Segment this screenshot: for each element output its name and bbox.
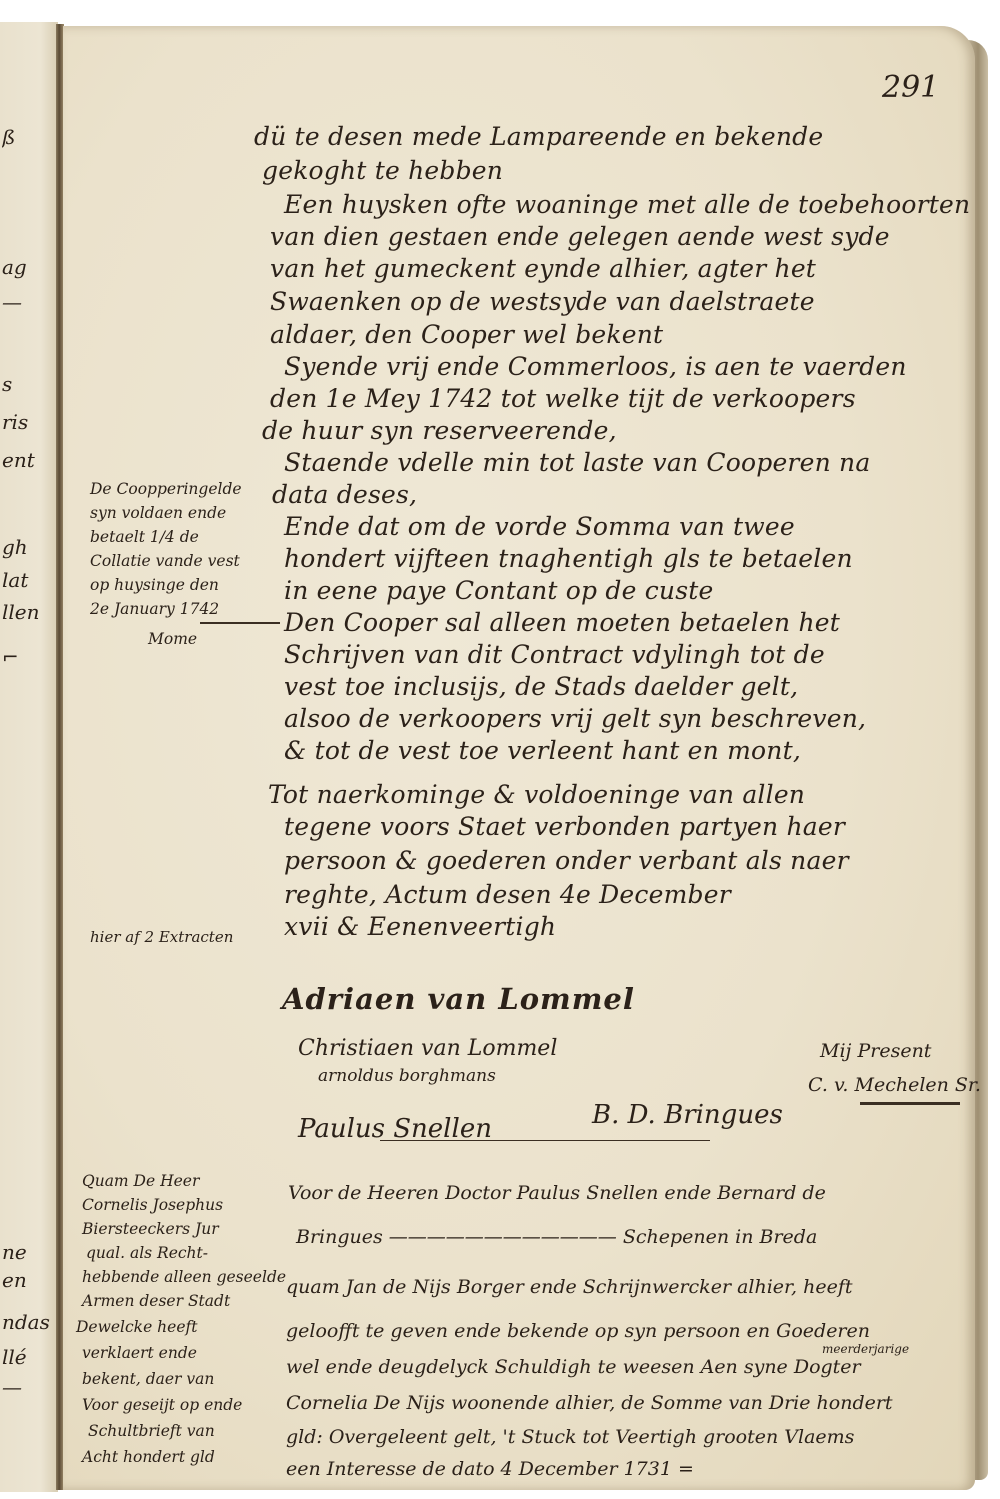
signature-adriaen-van-lommel: Adriaen van Lommel [282,982,635,1016]
left-fragment: — [2,1375,56,1399]
text-line: gld: Overgeleent gelt, 't Stuck tot Veer… [286,1426,854,1448]
signature-arnoldus-borghmans: arnoldus borghmans [318,1066,496,1086]
left-fragment: en [2,1268,56,1292]
left-page-text-fragments: ß ag — s ris ent gh lat llen ⌐ ne en nda… [0,0,56,1499]
text-line: persoon & goederen onder verbant als nae… [284,846,849,875]
left-fragment: llé [2,1345,56,1369]
text-line: geloofft te geven ende bekende op syn pe… [286,1320,870,1342]
underline-rule [200,622,280,624]
text-line: Swaenken op de westsyde van daelstraete [270,287,815,316]
margin-line: qual. als Recht- [86,1244,208,1262]
margin-line: verklaert ende [82,1344,197,1362]
text-line: reghte, Actum desen 4e December [284,880,731,909]
text-line: dü te desen mede Lampareende en bekende [254,122,823,151]
page-number: 291 [882,70,939,105]
left-fragment: ß [2,125,56,149]
text-line: Den Cooper sal alleen moeten betaelen he… [284,608,840,637]
signature-witness-mechelen: C. v. Mechelen Sr. [808,1074,981,1096]
margin-line: Acht hondert gld [82,1448,215,1466]
signature-christiaen-van-lommel: Christiaen van Lommel [298,1036,557,1061]
signature-bringues: B. D. Bringues [592,1100,783,1130]
text-line: wel ende deugdelyck Schuldigh te weesen … [286,1356,861,1378]
text-line: quam Jan de Nijs Borger ende Schrijnwerc… [286,1276,853,1298]
margin-line: betaelt 1/4 de [90,528,199,546]
margin-line: Voor geseijt op ende [82,1396,242,1414]
text-line: Bringues ———————————— Schepenen in Breda [296,1226,817,1248]
text-line: den 1e Mey 1742 tot welke tijt de verkoo… [270,384,856,413]
text-line: Ende dat om de vorde Somma van twee [284,512,795,541]
text-line: Voor de Heeren Doctor Paulus Snellen end… [288,1182,826,1204]
margin-line: syn voldaen ende [90,504,226,522]
left-fragment: ndas [2,1310,56,1334]
margin-line: Armen deser Stadt [82,1292,230,1310]
margin-line: Schultbrieft van [88,1422,215,1440]
text-line: van het gumeckent eynde alhier, agter he… [270,254,816,283]
margin-line: bekent, daer van [82,1370,214,1388]
text-line: van dien gestaen ende gelegen aende west… [270,222,890,251]
margin-line: Cornelis Josephus [82,1196,223,1214]
left-fragment: s [2,372,56,396]
text-line: een Interesse de dato 4 December 1731 = [286,1458,694,1480]
text-line: tegene voors Staet verbonden partyen hae… [284,812,845,841]
margin-line: De Coopperingelde [90,480,242,498]
text-line: Syende vrij ende Commerloos, is aen te v… [284,352,907,381]
margin-line: Dewelcke heeft [76,1318,197,1336]
text-line: alsoo de verkoopers vrij gelt syn beschr… [284,704,866,733]
text-line: data deses, [272,480,417,509]
text-line: gekoght te hebben [262,156,503,185]
text-line: Staende vdelle min tot laste van Coopere… [284,448,870,477]
text-line: & tot de vest toe verleent hant en mont, [284,736,801,765]
signature-flourish [380,1140,710,1141]
margin-line: Biersteeckers Jur [82,1220,219,1238]
text-line: vest toe inclusijs, de Stads daelder gel… [284,672,798,701]
margin-line: hebbende alleen geseelde [82,1268,286,1286]
text-line: xvii & Eenenveertigh [284,912,556,941]
left-fragment: ag [2,255,56,279]
margin-line: Collatie vande vest [90,552,240,570]
left-fragment: — [2,290,56,314]
signature-flourish [860,1102,960,1105]
left-fragment: lat [2,568,56,592]
text-line: aldaer, den Cooper wel bekent [270,320,663,349]
text-line: in eene paye Contant op de custe [284,576,714,605]
text-line: hondert vijfteen tnaghentigh gls te beta… [284,544,853,573]
left-fragment: ne [2,1240,56,1264]
margin-line: Mome [148,630,197,648]
text-line: Cornelia De Nijs woonende alhier, de Som… [286,1392,893,1414]
left-fragment: ⌐ [2,645,56,669]
margin-line: 2e January 1742 [90,600,219,618]
margin-line: op huysinge den [90,576,219,594]
signature-witness-present: Mij Present [820,1040,931,1062]
left-fragment: ent [2,448,56,472]
text-line: de huur syn reserveerende, [262,416,617,445]
insertion-note: meerderjarige [822,1342,909,1356]
left-fragment: gh [2,535,56,559]
extract-note: hier af 2 Extracten [90,928,233,946]
text-line: Tot naerkominge & voldoeninge van allen [268,780,805,809]
text-line: Schrijven van dit Contract vdylingh tot … [284,640,825,669]
margin-line: Quam De Heer [82,1172,199,1190]
left-fragment: ris [2,410,56,434]
text-line: Een huysken ofte woaninge met alle de to… [284,190,970,219]
left-fragment: llen [2,600,56,624]
